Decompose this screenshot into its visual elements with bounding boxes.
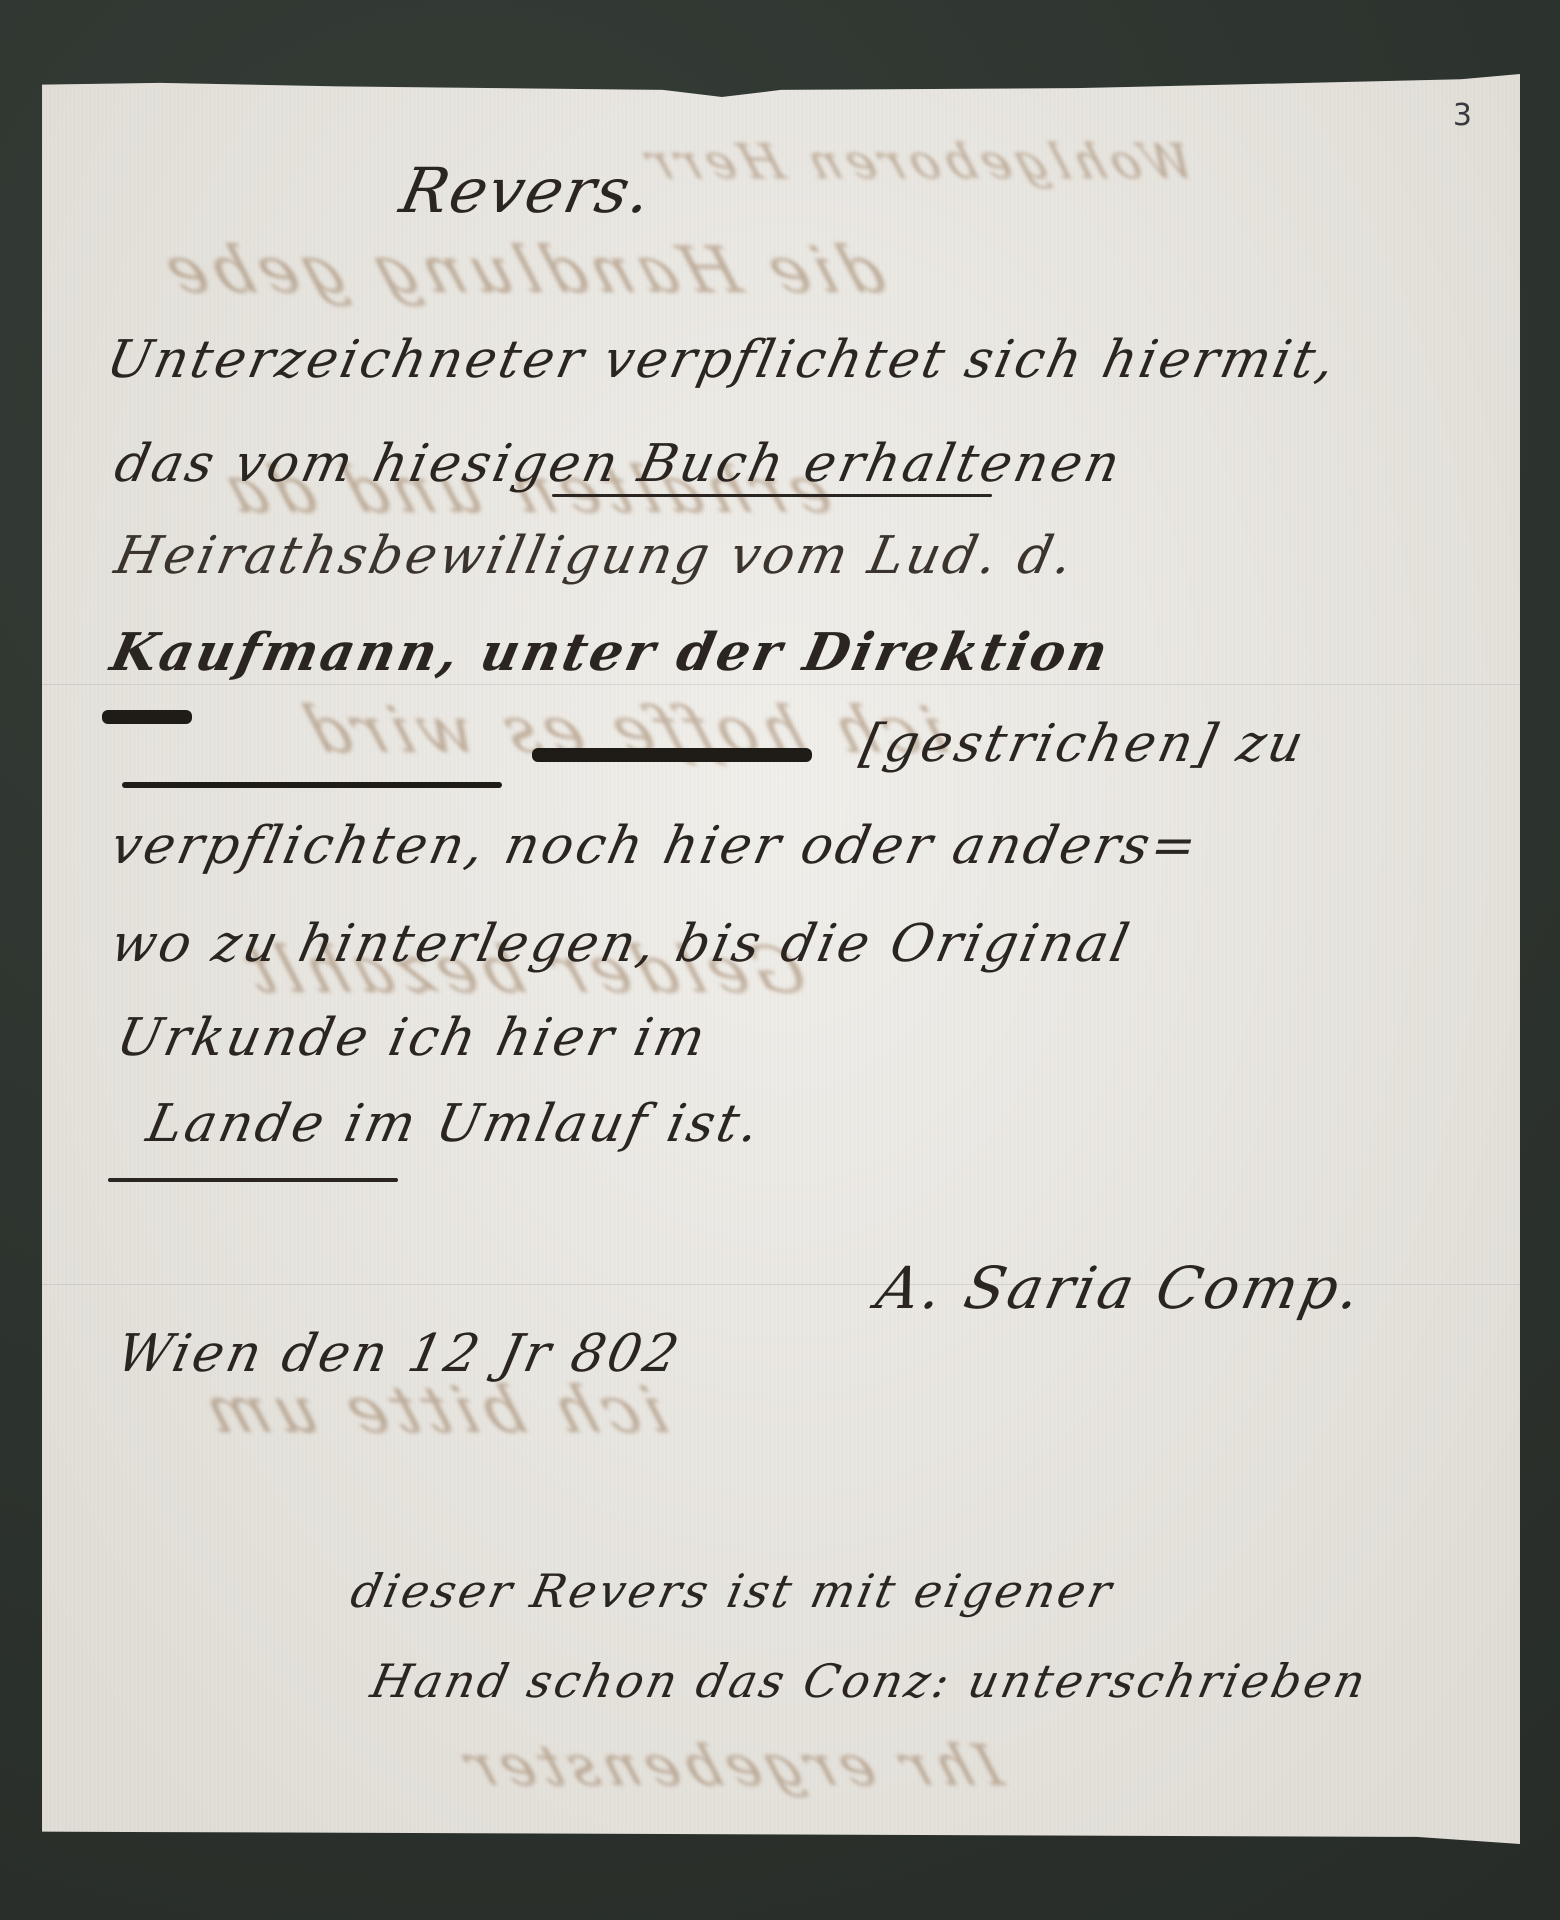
note-line: Hand schon das Conz: unterschrieben (366, 1654, 1373, 1708)
underline (108, 1178, 398, 1182)
body-line: Lande im Umlauf ist. (142, 1094, 768, 1154)
page-number: 3 (1453, 98, 1472, 133)
body-line: Urkunde ich hier im (112, 1008, 714, 1068)
strikethrough (532, 748, 812, 762)
fold-line (42, 684, 1520, 685)
date-line: Wien den 12 Jr 802 (112, 1324, 687, 1384)
body-line: Unterzeichneter verpflichtet sich hiermi… (102, 330, 1343, 390)
bleed-through-text: die Handlung gebe (150, 234, 894, 308)
signature: A. Saria Comp. (871, 1254, 1370, 1322)
body-line: Heirathsbewilligung vom Lud. d. (110, 526, 1081, 586)
bleed-through-text: ich bitte um (190, 1374, 677, 1448)
bleed-through-text: Wohlgeboren Herr (633, 134, 1201, 190)
document-title: Revers. (394, 154, 660, 227)
body-line: Kaufmann, unter der Direktion (106, 622, 1116, 683)
bleed-through-text: Ihr ergebenster (451, 1734, 1010, 1799)
strikethrough (102, 710, 192, 724)
body-line: wo zu hinterlegen, bis die Original (106, 914, 1137, 974)
underline (552, 494, 992, 497)
strikethrough (122, 782, 502, 788)
body-line: das vom hiesigen Buch erhaltenen (110, 434, 1128, 494)
body-line: verpflichten, noch hier oder anders= (106, 816, 1205, 876)
manuscript-page: 3 Wohlgeboren Herr die Handlung gebe erh… (42, 74, 1520, 1844)
note-line: dieser Revers ist mit eigener (346, 1564, 1119, 1618)
body-line: [gestrichen] zu (856, 714, 1312, 774)
